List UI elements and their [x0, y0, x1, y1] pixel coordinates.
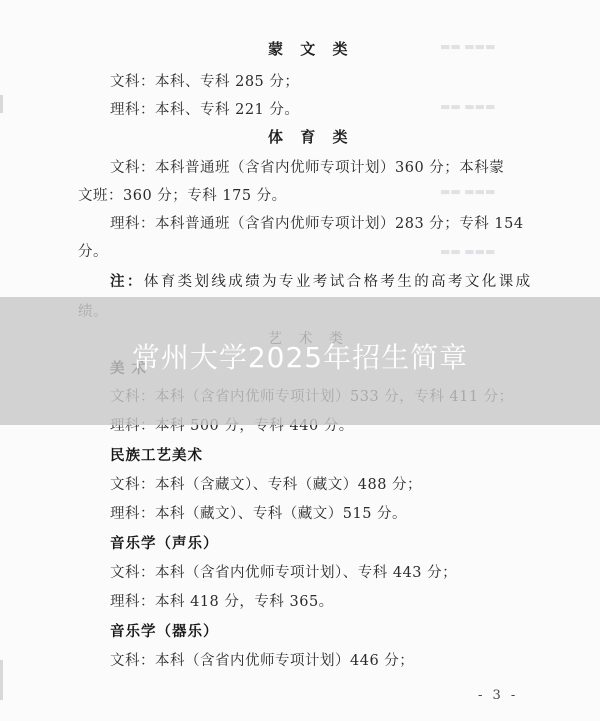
text-line: 文科：本科（含省内优师专项计划）446 分；: [110, 649, 414, 670]
bleed-through-text: ▬▬ ▬▬▬: [440, 100, 495, 113]
text-line: 理科：本科（藏文）、专科（藏文）515 分。: [110, 502, 407, 523]
bleed-through-text: ▬▬ ▬▬▬: [440, 40, 495, 53]
bleed-through-text: ▬▬ ▬▬▬: [440, 185, 495, 198]
document-page: ▬▬ ▬▬▬ ▬▬ ▬▬▬ ▬▬ ▬▬▬ ▬▬ ▬▬▬ 蒙 文 类 文科：本科、…: [0, 0, 600, 721]
section-heading-mengwen: 蒙 文 类: [268, 38, 353, 59]
text-line: 理科：本科普通班（含省内优师专项计划）283 分；专科 154: [110, 212, 524, 233]
page-number: - 3 -: [478, 688, 518, 703]
scan-edge-mark: [0, 660, 3, 700]
text-line: 文科：本科普通班（含省内优师专项计划）360 分；本科蒙: [110, 156, 504, 177]
note-line: 注：体育类划线成绩为专业考试合格考生的高考文化课成: [110, 270, 533, 291]
text-line: 理科：本科 418 分，专科 365。: [110, 590, 334, 611]
text-line: 文科：本科（含省内优师专项计划）、专科 443 分；: [110, 561, 457, 582]
text-line: 理科：本科、专科 221 分。: [110, 98, 299, 119]
note-label: 注：: [110, 274, 144, 290]
text-line: 文科：本科（含藏文）、专科（藏文）488 分；: [110, 473, 422, 494]
subsection-title-qiyue: 音乐学（器乐）: [110, 620, 219, 641]
text-line: 文班：360 分；专科 175 分。: [78, 184, 287, 205]
text-line: 分。: [78, 240, 108, 261]
text-line: 文科：本科、专科 285 分；: [110, 70, 299, 91]
subsection-title-shengyue: 音乐学（声乐）: [110, 532, 219, 553]
overlay-title: 常州大学2025年招生简章: [0, 336, 600, 376]
bleed-through-text: ▬▬ ▬▬▬: [440, 245, 495, 258]
subsection-title-minzu: 民族工艺美术: [110, 444, 203, 465]
note-text: 体育类划线成绩为专业考试合格考生的高考文化课成: [144, 274, 533, 290]
scan-edge-mark: [0, 95, 3, 113]
section-heading-tiyu: 体 育 类: [268, 126, 353, 147]
